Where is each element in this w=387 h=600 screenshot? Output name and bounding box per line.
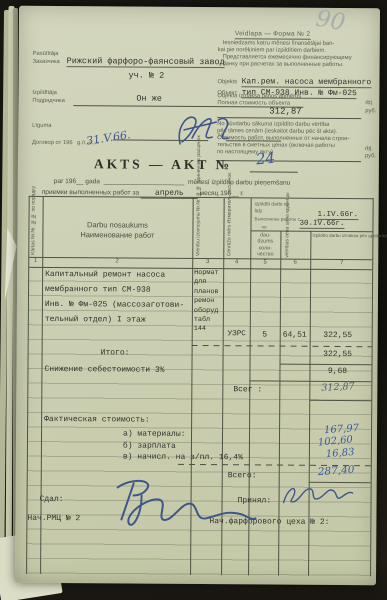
wages-label: б) зарплата [123,441,176,450]
col-num-5: 5 [250,259,280,265]
signature-contract [168,110,238,152]
page-number-handwritten: 90 [314,6,347,36]
currency-lv: rbļ. [365,100,373,107]
subtitle-lv-2: mēnesī izpildīto darbu pieņemšanu [188,179,290,187]
contractor-label-lv: Izpildītāja [32,90,57,97]
customer-label-ru: Заказчика [33,59,60,66]
signature-received [280,483,355,510]
materials-value-handwritten: 167,97 [324,423,360,436]
act-number-handwritten: 24 [255,149,276,169]
subtitle-lv-1: par 196__ gada [54,178,100,185]
total-label: Всег : [233,385,262,394]
col-num-1: 1 [29,258,42,264]
col-num-7: 7 [310,260,373,266]
grand-total-value-handwritten: 287,40 [317,464,354,478]
work-name-line: мембранного тип СМ-938 [45,285,151,295]
col2-header-lv: Darbu nosaukums [42,220,192,230]
handed-title: Нач.РМЦ № 2 [27,514,80,523]
dashed-separator [192,345,372,347]
unit-value: УЗРС [224,330,250,338]
contractor-underline [73,105,303,108]
charges-label: в) начисл. на з/пл. 16,4% [123,452,243,462]
full-cost-value: 312,87 [269,106,301,116]
col-num-4: 4 [223,259,250,265]
norm-l2: для [194,278,206,286]
col6-header: vienības cena цена единицы [284,232,306,258]
norm-l1: Нормат [194,269,219,277]
col4-header: Cenrāža mērs Измеритель расценок [226,200,248,256]
norm-reference: Нормат для планов ремон оборуд табл 144 [194,269,223,335]
received-title: Нач.фарфорового цеха № 2: [209,517,329,527]
norm-l3: планов [194,288,219,296]
form-number-label: Veidlapa — Форма № 2 [235,30,311,40]
act-title: AKTS — AKT № [94,156,232,173]
col5-header: dau- dzums коли- чество [250,232,280,257]
col5-l4: чество [257,251,274,257]
period-lv-to: līdz [255,208,263,215]
norm-l5: оборуд [194,307,219,315]
subtitle-lv: par 196__ gada ______________________ mē… [54,178,291,187]
col-num-3: 3 [192,259,223,265]
work-name-line: Инв. № Фм-025 (массозаготови- [45,300,184,310]
table-body: Капитальный ремонт насоса мембранного ти… [27,267,372,576]
norm-l6: табл [194,316,210,324]
customer-value-2: уч. № 2 [128,71,164,81]
norm-l7: 144 [194,325,206,333]
col-num-2: 2 [42,258,192,265]
currency2-ru: руб. [365,153,376,160]
subtotal-label: Итого: [42,348,189,358]
col2-header-ru: Наименование работ [42,230,192,240]
reduction-value: 9,68 [309,367,365,376]
amount-value: 322,55 [310,331,366,340]
customer-value: Рижский фарфоро-фаянсовый завод [67,56,225,68]
total-value-handwritten: 312,87 [321,381,355,393]
subtotal-value: 322,55 [310,350,366,359]
works-table: izpildīti darbi no līdz Выполнены работы… [26,196,374,576]
col1-header: Kārtas Nr.Nr. №№ по порядку [30,199,41,255]
period-ru-from: Выполнены работы с [255,215,300,222]
unit-price-value: 64,51 [280,331,310,340]
col7-header: Izpildīto darbu izmaksa pēc apstiprinātā… [312,233,372,239]
col3-header: Vienību izcenojumu Nr.Nr. №№ единичных р… [195,200,221,256]
work-name-line: тельный отдел) I этаж [45,315,146,325]
act-number-underline [250,171,298,172]
act-form-paper: 90 Veidlapa — Форма № 2 Iesniedzams katr… [15,6,380,586]
col5-l2: dzums [258,239,274,245]
contractor-label-ru: Подрядчика [32,98,65,105]
charges-value-handwritten: 16,83 [326,447,355,460]
currency2-lv: rbļ. [365,146,373,153]
actual-cost-label: Фактическая стоимость: [44,415,150,425]
period-date-to: 30.IV.66г. [299,220,344,229]
materials-label: а) материалы: [123,429,185,438]
customer-label-lv: Pasūtītāja [33,51,59,58]
contract-label-ru: Договор от 196 [32,140,73,146]
scanned-act-document: 90 Veidlapa — Форма № 2 Iesniedzams katr… [0,0,387,600]
col-num-6: 6 [280,260,310,266]
reduction-label: Снижение себестоимости 3% [44,365,164,375]
subtitle-lv-blank: ______________________ [102,178,186,186]
progress-underline [217,160,361,162]
handed-label: Сдал: [40,495,64,504]
cost-underline [217,117,361,119]
period-date-from: 1.IV.66г. [318,211,359,220]
col5-l3: коли- [259,245,272,251]
work-name-line: Капитальный ремонт насоса [45,270,165,280]
currency-ru: руб. [365,108,376,115]
contract-label-lv: Līguma [32,123,51,130]
contractor-value: Он же [136,94,162,104]
qty-value: 5 [250,330,280,339]
submission-note-ru-line2: банку при расчетах за выполненные работы… [223,61,344,69]
total-underline [309,400,371,401]
subtotal-underline [280,364,372,366]
period-ru-to: по [261,223,266,230]
norm-l4: ремон [194,297,214,305]
col5-l1: dau- [260,232,271,238]
